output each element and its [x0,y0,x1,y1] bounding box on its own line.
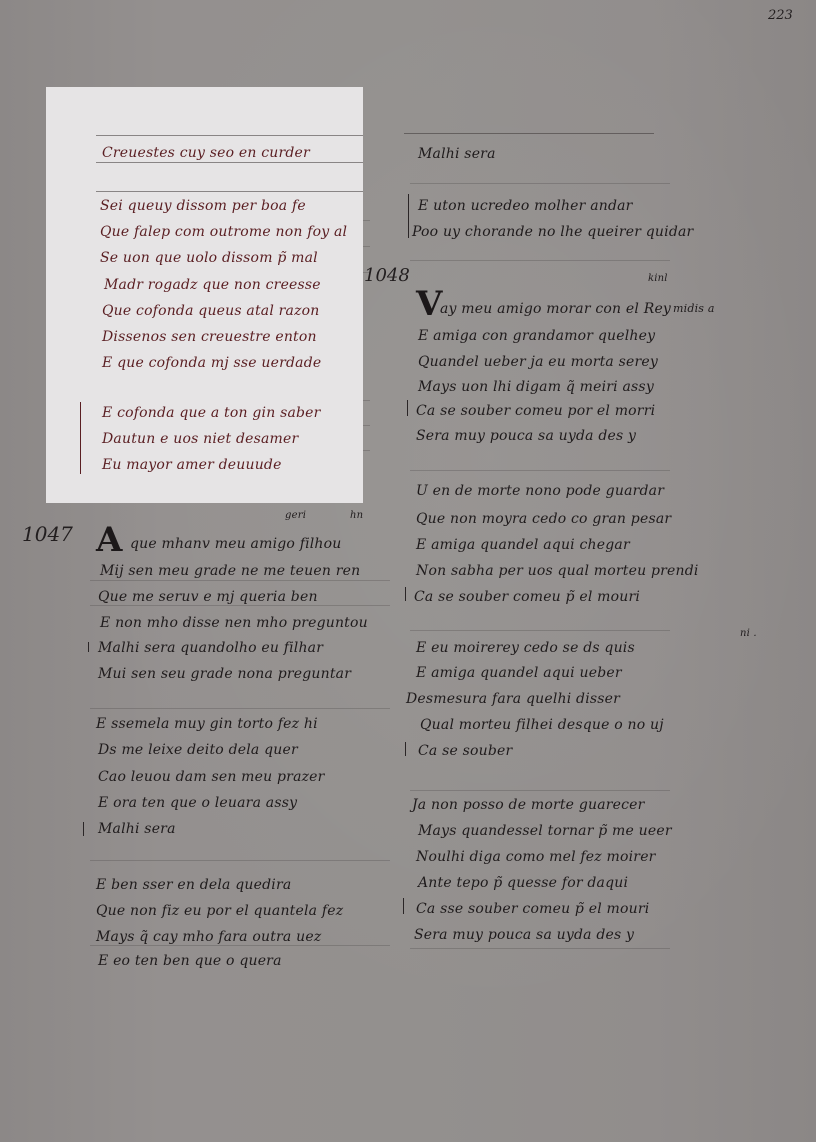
verse-line: E amiga quandel aqui ueber [416,665,622,681]
ruled-line [410,630,670,631]
verse-line: E ben sser en dela quedira [96,877,291,893]
verse-line: Mays uon lhi digam q̃ meiri assy [418,379,654,395]
verse-line: Mui sen seu grade nona preguntar [98,666,351,682]
verse-line: Ca se souber [418,743,512,759]
verse-line: E ora ten que o leuara assy [98,795,297,811]
verse-line: Ja non posso de morte guarecer [412,797,645,813]
refrain-bracket [405,742,406,756]
verse-line: Mays quandessel tornar p̃ me ueer [418,823,672,839]
ruled-line [410,948,670,949]
verse-line: Mij sen meu grade ne me teuen ren [100,563,360,579]
verse-line: Eu mayor amer deuuude [102,457,282,473]
manuscript-page: 223 Creuestes cuy seo en curder Sei queu… [0,0,816,1142]
ruled-line [90,708,390,709]
refrain-bracket [80,402,81,474]
verse-line: Sera muy pouca sa uyda des y [414,927,634,943]
verse-line: Madr rogadz que non creesse [104,277,321,293]
verse-line: E uton ucredeo molher andar [418,198,633,214]
ruled-line [90,945,390,946]
verse-line: Ante tepo p̃ quesse for daqui [418,875,628,891]
refrain-bracket [88,642,89,652]
verse-line: E que cofonda mj sse uerdade [102,355,321,371]
verse-line: Mays q̃ cay mho fara outra uez [96,929,321,945]
ruled-line [410,260,670,261]
song-number: 1047 [22,522,73,546]
verse-line: que mhanv meu amigo filhou [130,536,342,552]
verse-line: Que non moyra cedo co gran pesar [416,511,671,527]
verse-line: Desmesura fara quelhi disser [406,691,620,707]
verse-line: Sei queuy dissom per boa fe [100,198,306,214]
column-rule [96,191,363,192]
column-rule [404,133,654,134]
verse-line: Poo uy chorande no lhe queirer quidar [412,224,693,240]
refrain-bracket [407,400,408,416]
verse-line: Dautun e uos niet desamer [102,431,298,447]
verse-line: E cofonda que a ton gin saber [102,405,321,421]
verse-line: E amiga quandel aqui chegar [416,537,630,553]
margin-mark: ni . [740,628,757,639]
verse-line: ay meu amigo morar con el Rey [440,301,671,317]
ruled-line [410,470,670,471]
column-rule [96,135,363,136]
verse-line: U en de morte nono pode guardar [416,483,664,499]
verse-line: E ssemela muy gin torto fez hi [96,716,318,732]
folio-number: 223 [768,8,793,23]
verse-line: Quandel ueber ja eu morta serey [418,354,658,370]
verse-line: Ca se souber comeu por el morri [416,403,655,419]
margin-note: geri [285,510,306,521]
verse-line: Noulhi diga como mel fez moirer [416,849,656,865]
verse-line: Que non fiz eu por el quantela fez [96,903,343,919]
margin-note: hn [350,510,363,521]
verse-line: Que falep com outrome non foy al [100,224,347,240]
margin-note: midis a [673,302,715,315]
verse-line: Ds me leixe deito dela quer [98,742,298,758]
verse-line: E eo ten ben que o quera [98,953,282,969]
verse-line: Sera muy pouca sa uyda des y [416,428,636,444]
verse-line: Que me seruv e mj queria ben [98,589,318,605]
verse-line: Dissenos sen creuestre enton [102,329,317,345]
verse-line: Ca sse souber comeu p̃ el mouri [416,901,649,917]
verse-line: E amiga con grandamor quelhey [418,328,655,344]
refrain-bracket [408,194,409,238]
verse-line: E eu moirerey cedo se ds quis [416,640,635,656]
refrain-bracket [405,587,406,601]
verse-line: E non mho disse nen mho preguntou [100,615,368,631]
verse-line: Ca se souber comeu p̃ el mouri [414,589,640,605]
ruled-line [90,580,390,581]
refrain-bracket [83,822,84,836]
refrain-bracket [403,898,404,914]
decorated-initial: A [96,520,122,560]
verse-line: Non sabha per uos qual morteu prendi [416,563,699,579]
verse-line: Malhi sera [98,821,176,837]
column-rule [96,162,363,163]
refrain-line: Malhi sera [418,146,496,162]
rubric-line: Creuestes cuy seo en curder [102,145,310,161]
ruled-line [90,605,390,606]
ruled-line [90,860,390,861]
ruled-line [410,790,670,791]
verse-line: Malhi sera quandolho eu filhar [98,640,323,656]
margin-note: kinl [648,273,668,284]
verse-line: Cao leuou dam sen meu prazer [98,769,325,785]
verse-line: Se uon que uolo dissom p̃ mal [100,250,318,266]
ruled-line [410,183,670,184]
song-number: 1048 [364,265,410,286]
verse-line: Que cofonda queus atal razon [102,303,320,319]
decorated-initial: V [416,284,442,324]
verse-line: Qual morteu filhei desque o no uj [420,717,664,733]
